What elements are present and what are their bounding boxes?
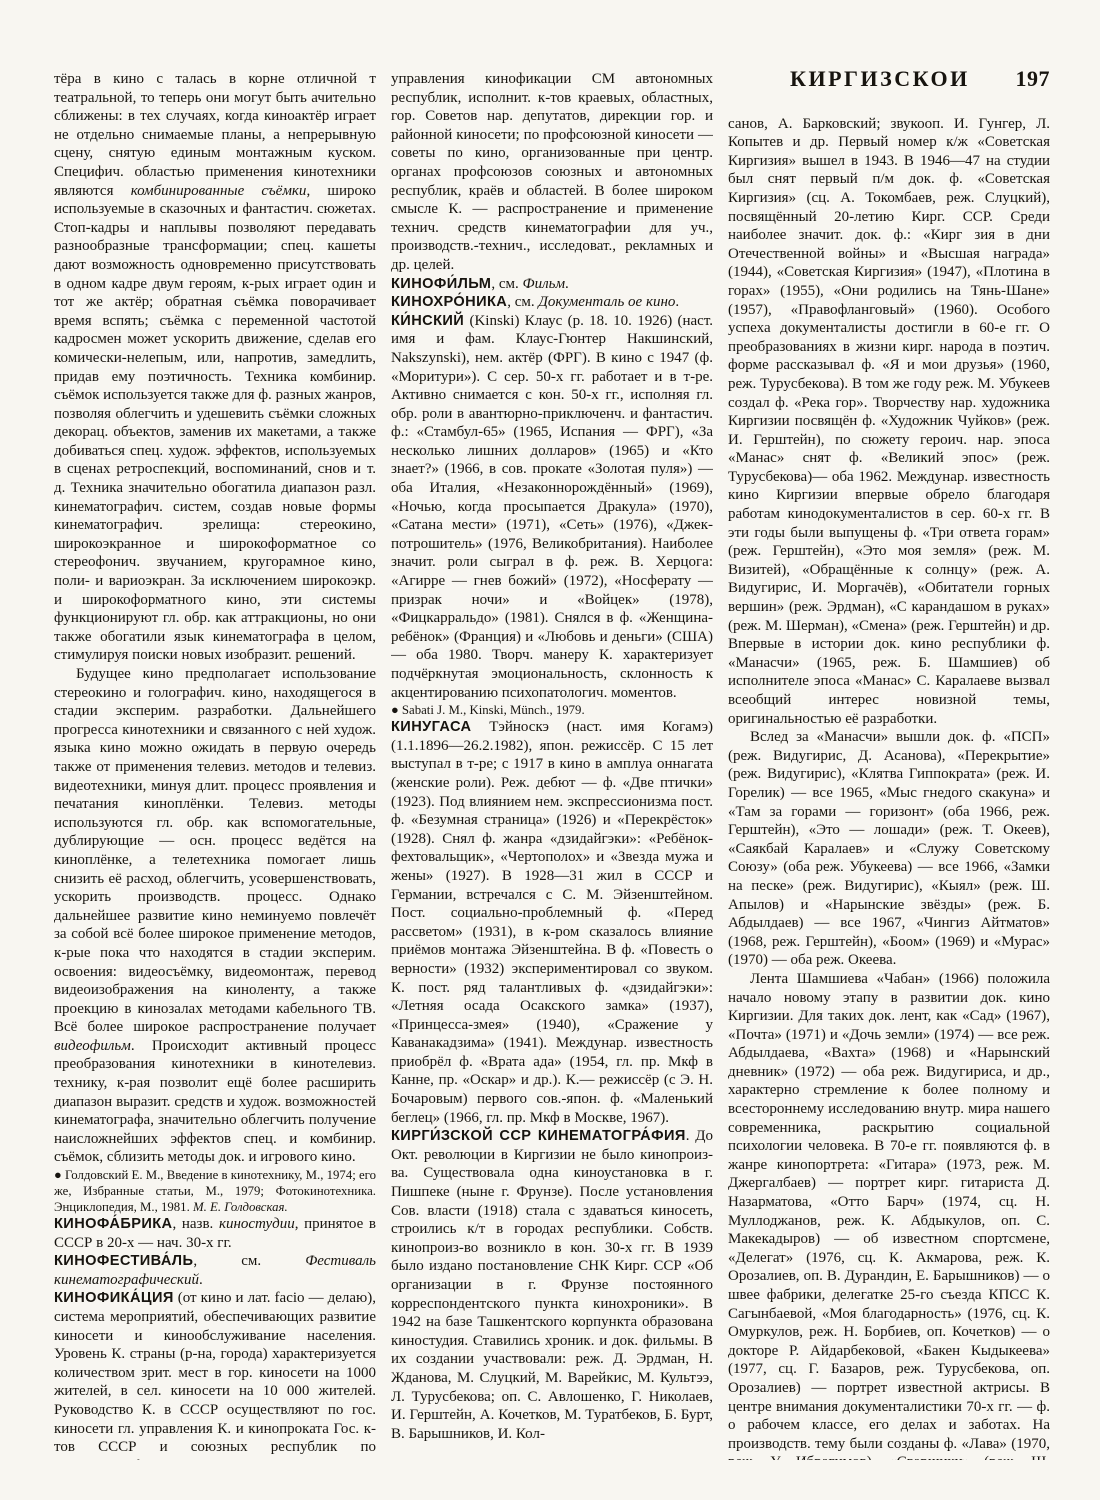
text-run: комбинированные съёмки [131, 183, 307, 199]
encyclopedia-page: тёра в кино с талась в корне отличной т … [0, 0, 1100, 1500]
page-number: 197 [1016, 70, 1051, 89]
text-run: . Происходит активный процесс преобразов… [54, 1038, 376, 1166]
paragraph: управления кинофикации СМ автономных рес… [391, 70, 713, 275]
text-run: , см. [491, 276, 522, 292]
text-run: видеофильм [54, 1038, 131, 1054]
paragraph: санов, А. Барковский; звукооп. И. Гунгер… [728, 115, 1050, 729]
text-run: Вслед за «Манасчи» вышли док. ф. «ПСП» (… [728, 729, 1050, 968]
column-2: управления кинофикации СМ автономных рес… [391, 70, 713, 1460]
encyclopedia-entry: КИНОФИ́ЛЬМ, см. Фильм. [391, 275, 713, 294]
column-1: тёра в кино с талась в корне отличной т … [54, 70, 376, 1460]
text-run: . [675, 294, 679, 310]
text-run: . [565, 276, 569, 292]
encyclopedia-entry: КИ́НСКИЙ (Kinski) Клаус (р. 18. 10. 1926… [391, 312, 713, 702]
column-3: КИРГИЗСКОЙ 197 санов, А. Барковский; зву… [728, 70, 1050, 1460]
text-run: Тэйноскэ (наст. имя Когамэ) (1.1.1896—26… [391, 719, 713, 1125]
text-run: Лента Шамшиева «Чабан» (1966) положила н… [728, 971, 1050, 1460]
entry-headword: КИ́НСКИЙ [391, 313, 464, 329]
paragraph: Будущее кино предполагает использование … [54, 665, 376, 1167]
paragraph: Лента Шамшиева «Чабан» (1966) положила н… [728, 970, 1050, 1460]
entry-headword: КИНОФА́БРИКА [54, 1216, 172, 1232]
entry-headword: КИРГИ́ЗСКОЙ ССР КИНЕМАТОГРА́ФИЯ [391, 1128, 686, 1144]
column-1-body: тёра в кино с талась в корне отличной т … [54, 70, 376, 1460]
text-run: , назв. [172, 1216, 218, 1232]
encyclopedia-entry: КИНОФА́БРИКА, назв. киностудии, принятое… [54, 1215, 376, 1252]
entry-headword: КИНУГАСА [391, 719, 471, 735]
text-run: ● Sabati J. M., Kinski, Münch., 1979. [391, 703, 585, 717]
entry-headword: КИНОФЕСТИВА́ЛЬ [54, 1253, 193, 1269]
text-run: (от кино и лат. facio — делаю), система … [54, 1290, 376, 1460]
paragraph: тёра в кино с талась в корне отличной т … [54, 70, 376, 665]
running-head-title: КИРГИЗСКОЙ [790, 70, 970, 89]
encyclopedia-entry: КИНОФИКА́ЦИЯ (от кино и лат. facio — дел… [54, 1289, 376, 1460]
running-head: КИРГИЗСКОЙ 197 [728, 70, 1050, 89]
text-run: , широко используемые в сказочных и фант… [54, 183, 376, 664]
bibliography-note: ● Sabati J. M., Kinski, Münch., 1979. [391, 702, 713, 718]
encyclopedia-entry: КИНОХРО́НИКА, см. Документаль ое кино. [391, 293, 713, 312]
text-run: , см. [507, 294, 538, 310]
text-run: . До Окт. революции в Киргизии не было к… [391, 1128, 713, 1442]
text-run: тёра в кино с талась в корне отличной т … [54, 71, 376, 199]
text-columns: тёра в кино с талась в корне отличной т … [54, 70, 1050, 1460]
text-run: Фильм [523, 276, 566, 292]
text-run: киностудии [219, 1216, 295, 1232]
text-run: , см. [193, 1253, 305, 1269]
text-run: управления кинофикации СМ автономных рес… [391, 71, 713, 273]
text-run: М. Е. Голдовская. [193, 1200, 288, 1214]
text-run: Будущее кино предполагает использование … [54, 666, 376, 1035]
encyclopedia-entry: КИНУГАСА Тэйноскэ (наст. имя Когамэ) (1.… [391, 718, 713, 1127]
paragraph: Вслед за «Манасчи» вышли док. ф. «ПСП» (… [728, 728, 1050, 970]
entry-headword: КИНОФИ́ЛЬМ [391, 276, 491, 292]
encyclopedia-entry: КИНОФЕСТИВА́ЛЬ, см. Фестиваль кинематогр… [54, 1252, 376, 1289]
text-run: . [199, 1272, 203, 1288]
column-2-body: управления кинофикации СМ автономных рес… [391, 70, 713, 1443]
entry-headword: КИНОХРО́НИКА [391, 294, 507, 310]
entry-headword: КИНОФИКА́ЦИЯ [54, 1290, 174, 1306]
encyclopedia-entry: КИРГИ́ЗСКОЙ ССР КИНЕМАТОГРА́ФИЯ. До Окт.… [391, 1127, 713, 1443]
text-run: Документаль ое кино [538, 294, 675, 310]
bibliography-note: ● Голдовский Е. М., Введение в кинотехни… [54, 1167, 376, 1215]
column-3-body: санов, А. Барковский; звукооп. И. Гунгер… [728, 115, 1050, 1460]
text-run: (Kinski) Клаус (р. 18. 10. 1926) (наст. … [391, 313, 713, 701]
text-run: санов, А. Барковский; звукооп. И. Гунгер… [728, 116, 1050, 727]
